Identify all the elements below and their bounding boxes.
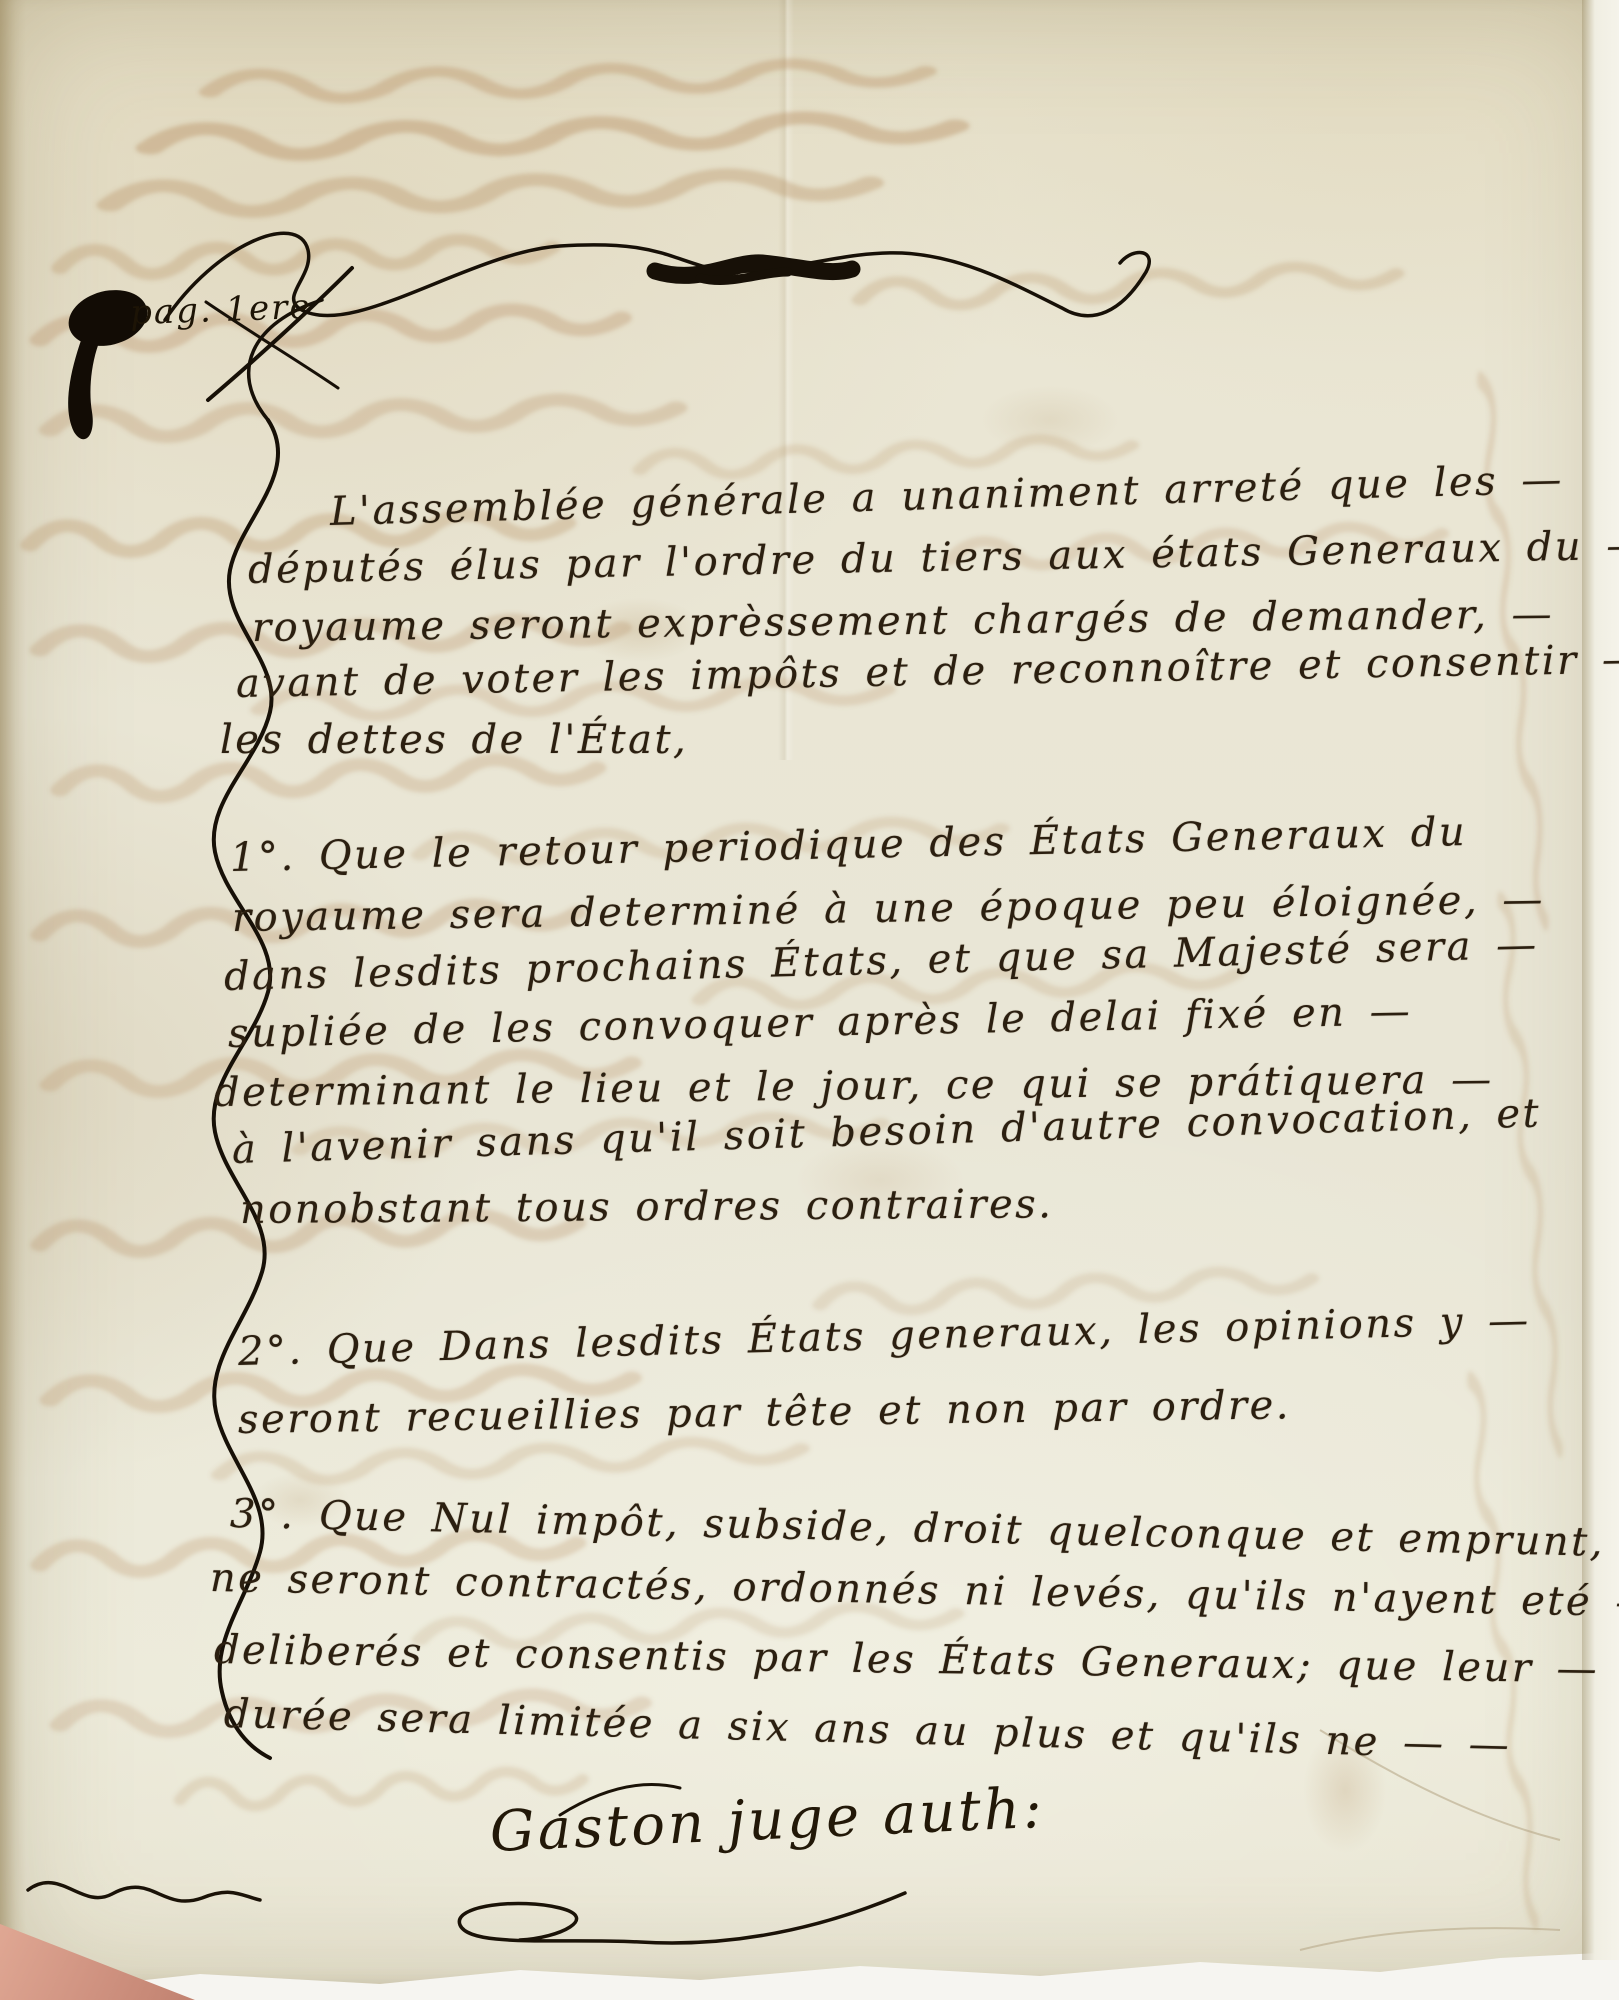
manuscript-line: 2°. Que Dans lesdits États generaux, les… — [238, 1300, 1532, 1372]
manuscript-line: seront recueillies par tête et non par o… — [238, 1385, 1292, 1440]
manuscript-line: 3°. Que Nul impôt, subside, droit quelco… — [230, 1494, 1606, 1563]
manuscript-line: deliberés et consentis par les États Gen… — [214, 1630, 1600, 1689]
signature: Gaston juge auth: — [489, 1776, 1046, 1865]
manuscript-line: supliée de les convoquer après le delai … — [228, 991, 1413, 1054]
manuscript-line: les dettes de l'État, — [220, 720, 688, 760]
page-number-annotation: pag. 1ere — [129, 287, 312, 333]
manuscript-line: royaume seront exprèssement chargés de d… — [252, 594, 1554, 648]
manuscript-line: avant de voter les impôts et de reconnoî… — [236, 639, 1619, 704]
manuscript-line: durée sera limitée a six ans au plus et … — [224, 1694, 1512, 1765]
manuscript-text: pag. 1ere L'assemblée générale a unanime… — [0, 0, 1619, 2000]
manuscript-line: ne seront contractés, ordonnés ni levés,… — [210, 1558, 1619, 1623]
manuscript-line: députés élus par l'ordre du tiers aux ét… — [248, 526, 1619, 590]
manuscript-line: L'assemblée générale a unaniment arreté … — [329, 460, 1564, 532]
manuscript-line: nonobstant tous ordres contraires. — [240, 1184, 1054, 1230]
manuscript-line: 1°. Que le retour periodique des États G… — [230, 812, 1468, 878]
manuscript-photo: pag. 1ere L'assemblée générale a unanime… — [0, 0, 1619, 2000]
